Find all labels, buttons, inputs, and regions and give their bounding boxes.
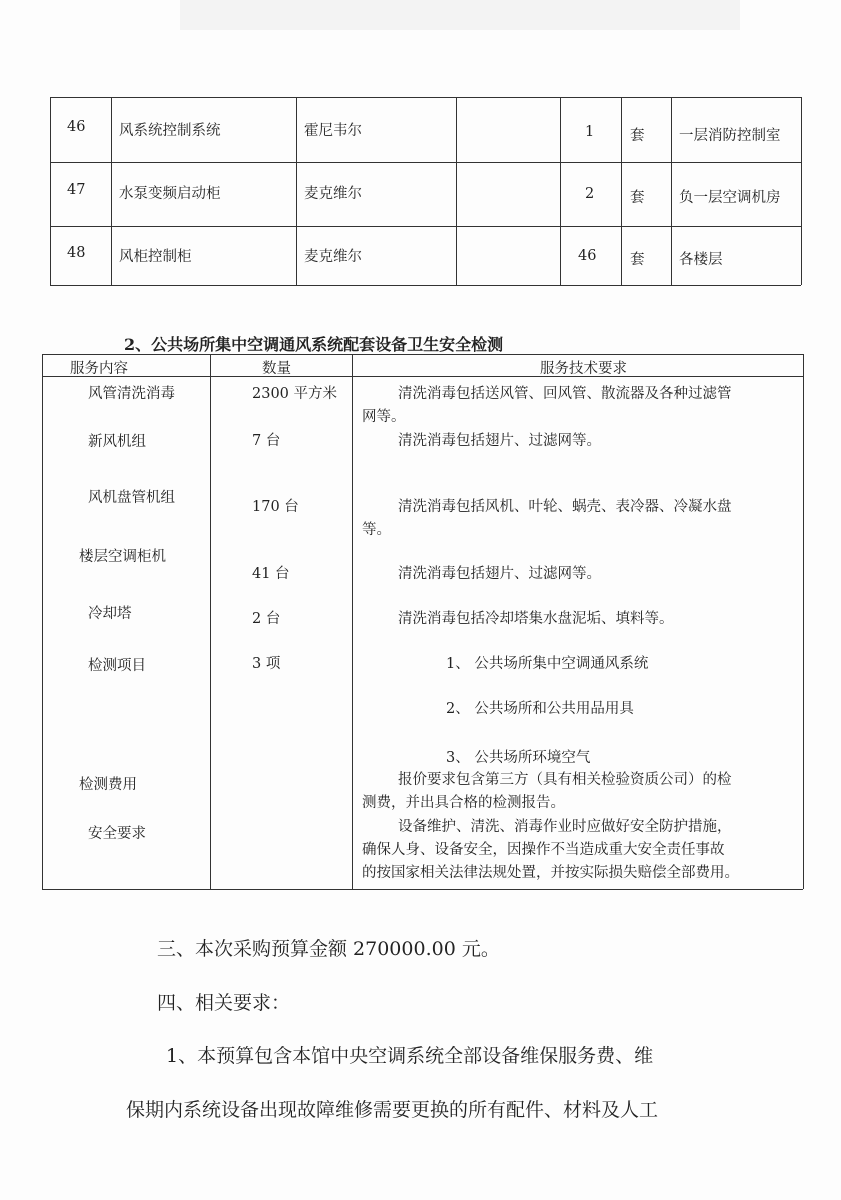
table-border [50,97,801,98]
paragraph-line: 保期内系统设备出现故障维修需要更换的所有配件、材料及人工 [126,1095,658,1122]
table-border [801,97,802,285]
table-row-divider [50,226,801,227]
unit: 套 [630,248,645,269]
table-border [50,285,801,286]
service-requirement-line: 报价要求包含第三方（具有相关检验资质公司）的检 [398,768,732,789]
service-quantity: 170 台 [252,495,299,516]
table-col-divider [560,97,561,285]
service-quantity: 3 项 [252,652,280,673]
faded-header-bleed [180,0,740,30]
quantity: 46 [578,248,596,264]
table-header-divider [42,376,803,377]
table-col-divider [671,97,672,285]
header-quantity: 数量 [262,357,291,378]
table-border [42,889,803,890]
section-heading: 四、相关要求： [157,988,290,1015]
location: 一层消防控制室 [679,124,781,145]
brand: 麦克维尔 [304,245,362,266]
table-col-divider [621,97,622,285]
service-item: 安全要求 [88,822,146,843]
header-technical-requirements: 服务技术要求 [540,357,627,378]
service-requirement-line: 网等。 [362,405,406,426]
service-requirement-line: 的按国家相关法律法规处置，并按实际损失赔偿全部费用。 [362,861,739,882]
quantity: 1 [585,124,594,140]
service-item: 检测费用 [79,773,137,794]
service-quantity: 41 台 [252,562,290,583]
service-requirement-line: 确保人身、设备安全，因操作不当造成重大安全责任事故 [362,838,725,859]
table-col-divider [111,97,112,285]
location: 负一层空调机房 [679,186,781,207]
service-requirement-line: 清洗消毒包括风机、叶轮、蜗壳、表冷器、冷凝水盘 [398,495,732,516]
table-col-divider [352,354,353,889]
quantity: 2 [585,186,594,202]
service-quantity: 2300 平方米 [252,382,337,403]
service-requirement-line: 1、 公共场所集中空调通风系统 [446,652,648,673]
unit: 套 [630,186,645,207]
service-requirement-line: 清洗消毒包括翅片、过滤网等。 [398,562,601,583]
table-border [42,354,803,355]
header-service-content: 服务内容 [70,357,128,378]
row-number: 48 [67,245,85,261]
unit: 套 [630,124,645,145]
service-item: 风机盘管机组 [88,486,175,507]
table-col-divider [456,97,457,285]
service-item: 楼层空调柜机 [79,545,166,566]
service-item: 新风机组 [88,430,146,451]
table-row-divider [50,162,801,163]
service-requirement-line: 2、 公共场所和公共用品用具 [446,697,634,718]
service-quantity: 7 台 [252,429,280,450]
row-number: 47 [67,182,85,198]
equipment-name: 风系统控制系统 [119,119,221,140]
service-requirement-line: 测费，并出具合格的检测报告。 [362,791,565,812]
service-requirement-line: 3、 公共场所环境空气 [446,746,590,767]
table-border [803,354,804,889]
service-requirement-line: 清洗消毒包括送风管、回风管、散流器及各种过滤管 [398,382,732,403]
service-item: 冷却塔 [88,602,132,623]
budget-statement: 三、本次采购预算金额 270000.00 元。 [157,934,500,961]
service-item: 检测项目 [88,654,146,675]
row-number: 46 [67,119,85,135]
service-requirement-line: 清洗消毒包括冷却塔集水盘泥垢、填料等。 [398,607,674,628]
service-item: 风管清洗消毒 [88,382,175,403]
service-requirement-line: 设备维护、清洗、消毒作业时应做好安全防护措施， [398,815,732,836]
service-requirement-line: 等。 [362,518,391,539]
table-col-divider [210,354,211,889]
equipment-name: 水泵变频启动柜 [119,182,221,203]
table-border [50,97,51,285]
equipment-name: 风柜控制柜 [119,245,192,266]
location: 各楼层 [679,248,723,269]
table-border [42,354,43,889]
table-col-divider [296,97,297,285]
brand: 麦克维尔 [304,182,362,203]
service-requirement-line: 清洗消毒包括翅片、过滤网等。 [398,429,601,450]
paragraph-line: 1、本预算包含本馆中央空调系统全部设备维保服务费、维 [166,1041,653,1068]
service-quantity: 2 台 [252,607,280,628]
brand: 霍尼韦尔 [304,119,362,140]
section-title: 2、公共场所集中空调通风系统配套设备卫生安全检测 [124,332,503,355]
